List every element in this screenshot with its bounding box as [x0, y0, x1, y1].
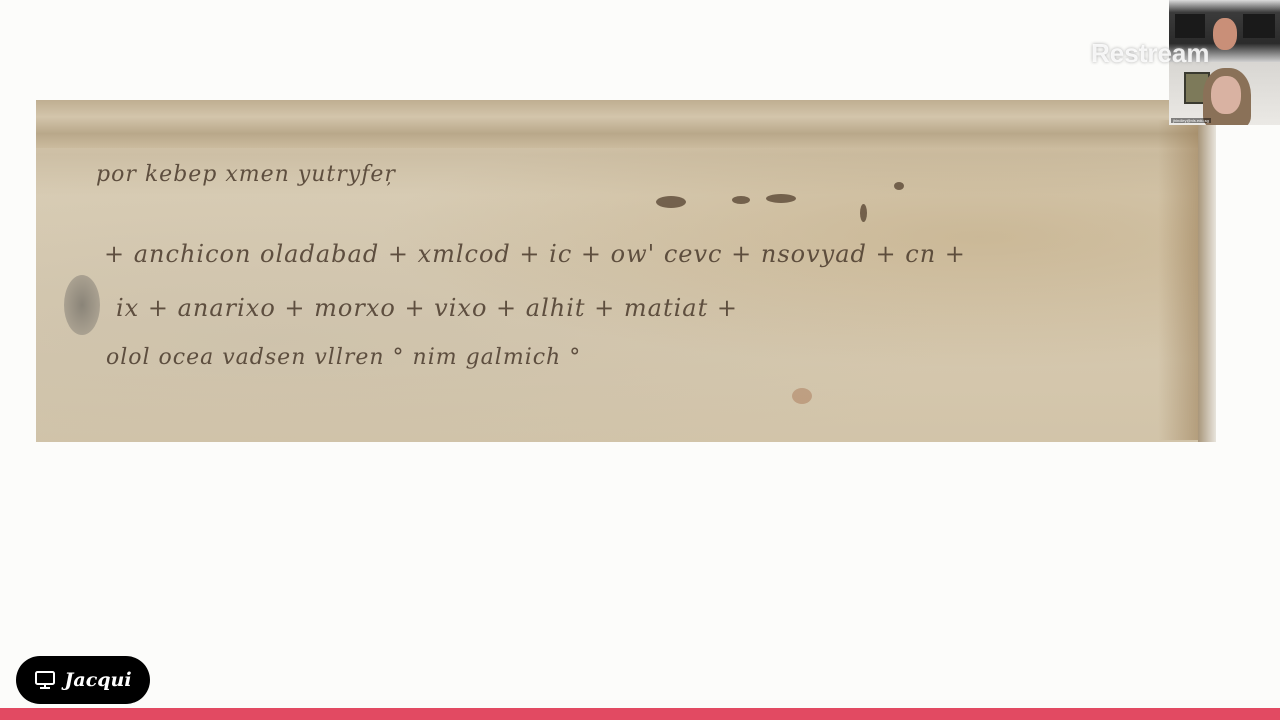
- participant-2-face: [1211, 76, 1241, 114]
- ink-blot: [860, 204, 867, 222]
- participant-2-label: jhindley@nls.edu.sg: [1171, 118, 1211, 123]
- manuscript-binding-edge: [36, 100, 1216, 148]
- restream-watermark: Restream: [1091, 38, 1210, 69]
- manuscript-line-1: por kebep xmen yutryfeŗ: [96, 162, 396, 187]
- monitor-icon: [34, 670, 56, 690]
- manuscript-line-2: + anchicon oladabad + xmlcod + ic + ow' …: [104, 240, 966, 268]
- manuscript-line-3: ix + anarixo + morxo + vixo + alhit + ma…: [116, 294, 738, 322]
- manuscript-hole: [64, 275, 100, 335]
- bookshelf: [1175, 14, 1205, 38]
- ink-blot: [656, 196, 686, 208]
- presenter-name: Jacqui: [64, 669, 131, 691]
- manuscript-line-4: olol ocea vadsen vllren ° nim galmich °: [106, 345, 581, 370]
- ink-blot: [732, 196, 750, 204]
- ink-blot: [766, 194, 796, 203]
- ink-blot: [894, 182, 904, 190]
- participant-1-face: [1213, 18, 1237, 50]
- manuscript-right-edge: [1198, 100, 1216, 442]
- presenter-badge: Jacqui: [16, 656, 150, 704]
- shared-screen-slide: por kebep xmen yutryfeŗ + anchicon olada…: [0, 0, 1280, 708]
- manuscript-stain: [1158, 120, 1198, 440]
- accent-bar: [0, 708, 1280, 720]
- manuscript-image: por kebep xmen yutryfeŗ + anchicon olada…: [36, 100, 1216, 442]
- stain-spot: [792, 388, 812, 404]
- participant-video-2[interactable]: jhindley@nls.edu.sg: [1169, 62, 1280, 125]
- bookshelf: [1243, 14, 1275, 38]
